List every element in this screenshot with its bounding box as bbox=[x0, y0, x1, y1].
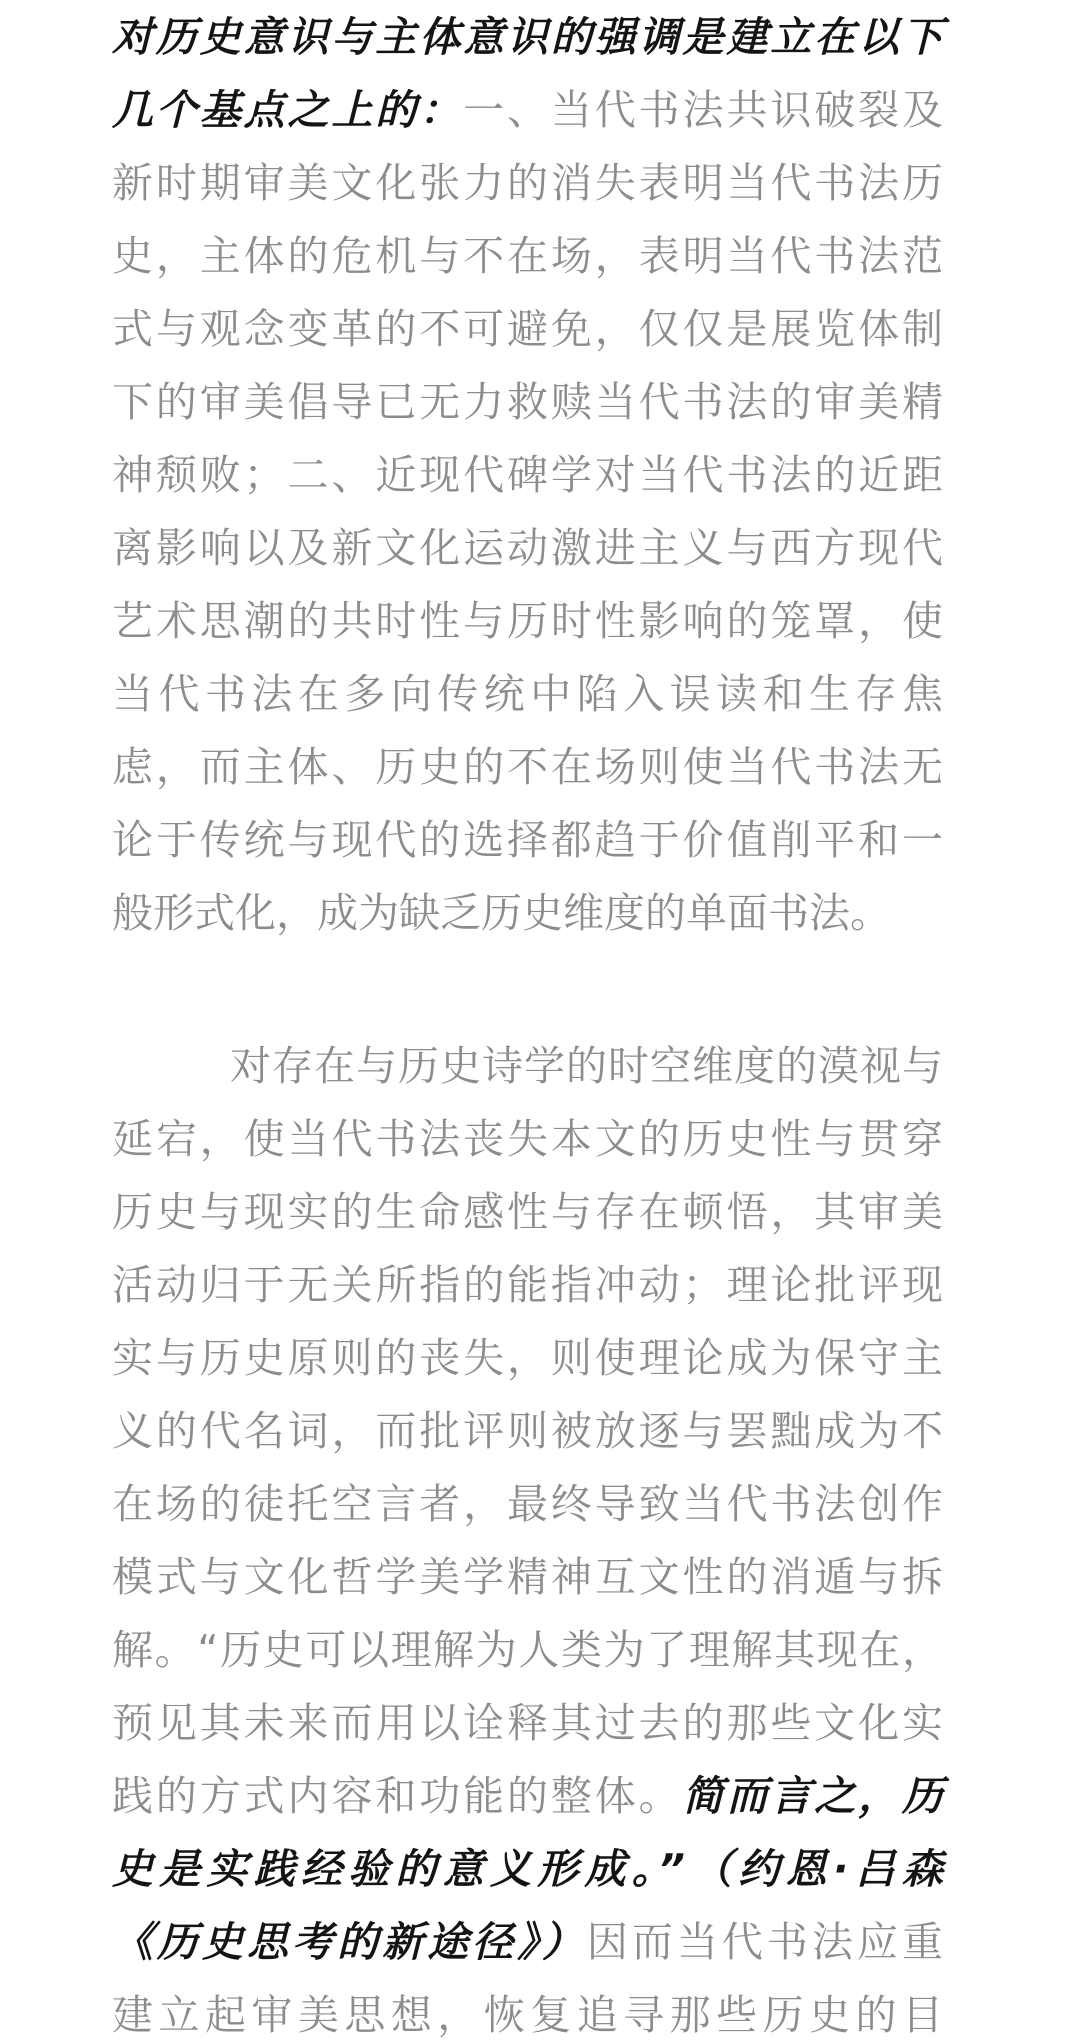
text-segment-body: 历史与现实的生命感性与存在顿悟，其审美 bbox=[112, 1188, 943, 1236]
text-segment-emphasis: 简而言之，历 bbox=[683, 1772, 943, 1820]
text-line: 《历史思考的新途径》）因而当代书法应重 bbox=[112, 1906, 943, 1979]
text-segment-body: 艺术思潮的共时性与历时性影响的笼罩，使 bbox=[112, 597, 943, 645]
text-line: 艺术思潮的共时性与历时性影响的笼罩，使 bbox=[112, 585, 943, 658]
text-line: 新时期审美文化张力的消失表明当代书法历 bbox=[112, 147, 943, 220]
text-segment-body: 预见其未来而用以诠释其过去的那些文化实 bbox=[112, 1699, 943, 1747]
text-line: 神颓败；二、近现代碑学对当代书法的近距 bbox=[112, 439, 943, 512]
text-segment-body: 义的代名词，而批评则被放逐与罢黜成为不 bbox=[112, 1407, 943, 1455]
text-segment-body: 离影响以及新文化运动激进主义与西方现代 bbox=[112, 524, 943, 572]
text-line: 离影响以及新文化运动激进主义与西方现代 bbox=[112, 512, 943, 585]
text-segment-emphasis: 几个基点之上的： bbox=[112, 86, 463, 134]
text-line: 史，主体的危机与不在场，表明当代书法范 bbox=[112, 220, 943, 293]
text-segment-body: 解。“历史可以理解为人类为了理解其现在， bbox=[112, 1626, 943, 1674]
text-segment-body: 下的审美倡导已无力救赎当代书法的审美精 bbox=[112, 378, 943, 426]
text-line: 在场的徒托空言者，最终导致当代书法创作 bbox=[112, 1468, 943, 1541]
text-line: 般形式化，成为缺乏历史维度的单面书法。 bbox=[112, 877, 943, 950]
text-line: 义的代名词，而批评则被放逐与罢黜成为不 bbox=[112, 1395, 943, 1468]
text-line: 建立起审美思想，恢复追寻那些历史的目 bbox=[112, 1979, 943, 2044]
text-segment-body: 建立起审美思想，恢复追寻那些历史的目 bbox=[112, 1991, 943, 2039]
text-segment-body: 一、当代书法共识破裂及 bbox=[463, 86, 943, 134]
text-segment-emphasis: 《历史思考的新途径》） bbox=[112, 1918, 587, 1966]
paragraph: 对历史意识与主体意识的强调是建立在以下几个基点之上的：一、当代书法共识破裂及新时… bbox=[112, 1, 943, 950]
text-segment-body: 对存在与历史诗学的时空维度的漠视与 bbox=[230, 1042, 943, 1090]
article-body: 对历史意识与主体意识的强调是建立在以下几个基点之上的：一、当代书法共识破裂及新时… bbox=[0, 0, 943, 2044]
text-line: 预见其未来而用以诠释其过去的那些文化实 bbox=[112, 1687, 943, 1760]
text-segment-body: 延宕，使当代书法丧失本文的历史性与贯穿 bbox=[112, 1115, 943, 1163]
text-segment-body: 活动归于无关所指的能指冲动；理论批评现 bbox=[112, 1261, 943, 1309]
text-line: 虑，而主体、历史的不在场则使当代书法无 bbox=[112, 731, 943, 804]
text-segment-body: 论于传统与现代的选择都趋于价值削平和一 bbox=[112, 816, 943, 864]
text-segment-body: 在场的徒托空言者，最终导致当代书法创作 bbox=[112, 1480, 943, 1528]
text-line: 历史与现实的生命感性与存在顿悟，其审美 bbox=[112, 1176, 943, 1249]
text-line: 史是实践经验的意义形成。”（约恩·吕森 bbox=[112, 1833, 943, 1906]
text-segment-body: 神颓败；二、近现代碑学对当代书法的近距 bbox=[112, 451, 943, 499]
paragraph: 对存在与历史诗学的时空维度的漠视与延宕，使当代书法丧失本文的历史性与贯穿历史与现… bbox=[112, 1030, 943, 2044]
text-segment-body: 式与观念变革的不可避免，仅仅是展览体制 bbox=[112, 305, 943, 353]
text-line: 模式与文化哲学美学精神互文性的消遁与拆 bbox=[112, 1541, 943, 1614]
text-segment-body: 模式与文化哲学美学精神互文性的消遁与拆 bbox=[112, 1553, 943, 1601]
text-line: 式与观念变革的不可避免，仅仅是展览体制 bbox=[112, 293, 943, 366]
text-line: 践的方式内容和功能的整体。简而言之，历 bbox=[112, 1760, 943, 1833]
text-segment-body: 当代书法在多向传统中陷入误读和生存焦 bbox=[112, 670, 943, 718]
text-line: 下的审美倡导已无力救赎当代书法的审美精 bbox=[112, 366, 943, 439]
text-line: 解。“历史可以理解为人类为了理解其现在， bbox=[112, 1614, 943, 1687]
text-segment-body: 因而当代书法应重 bbox=[587, 1918, 943, 1966]
text-segment-body: 般形式化，成为缺乏历史维度的单面书法。 bbox=[112, 889, 891, 937]
text-segment-body: 践的方式内容和功能的整体。 bbox=[112, 1772, 683, 1820]
text-line: 对存在与历史诗学的时空维度的漠视与 bbox=[112, 1030, 943, 1103]
text-line: 几个基点之上的：一、当代书法共识破裂及 bbox=[112, 74, 943, 147]
text-segment-body: 虑，而主体、历史的不在场则使当代书法无 bbox=[112, 743, 943, 791]
text-segment-body: 新时期审美文化张力的消失表明当代书法历 bbox=[112, 159, 943, 207]
text-segment-emphasis: 史是实践经验的意义形成。”（约恩·吕森 bbox=[112, 1845, 943, 1893]
text-line: 延宕，使当代书法丧失本文的历史性与贯穿 bbox=[112, 1103, 943, 1176]
text-segment-emphasis: 对历史意识与主体意识的强调是建立在以下 bbox=[112, 13, 943, 61]
text-line: 实与历史原则的丧失，则使理论成为保守主 bbox=[112, 1322, 943, 1395]
text-line: 活动归于无关所指的能指冲动；理论批评现 bbox=[112, 1249, 943, 1322]
text-segment-body: 史，主体的危机与不在场，表明当代书法范 bbox=[112, 232, 943, 280]
text-segment-body: 实与历史原则的丧失，则使理论成为保守主 bbox=[112, 1334, 943, 1382]
text-line: 当代书法在多向传统中陷入误读和生存焦 bbox=[112, 658, 943, 731]
text-line: 对历史意识与主体意识的强调是建立在以下 bbox=[112, 1, 943, 74]
text-line: 论于传统与现代的选择都趋于价值削平和一 bbox=[112, 804, 943, 877]
